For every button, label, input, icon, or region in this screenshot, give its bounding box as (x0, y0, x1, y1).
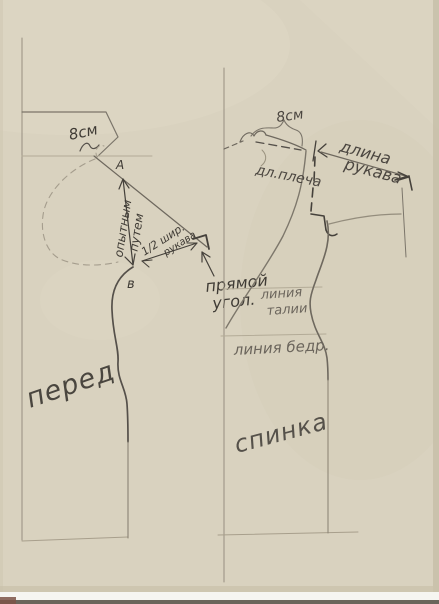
scan-edge-white-strip (0, 592, 439, 600)
front-point-b-label: в (127, 277, 135, 292)
paper-spot (40, 260, 160, 340)
scan-edge-shadow (0, 600, 439, 604)
pattern-sketch-canvas: 8см A в опытным путем 1/2 шир. рукава пр… (0, 0, 439, 604)
back-waist-label-line2: талии (266, 301, 308, 319)
front-point-a-label: A (115, 158, 124, 172)
back-waist-label-line1: линия (259, 285, 303, 303)
paper-right-edge (433, 0, 439, 604)
scan-edge-corner-mark (0, 597, 16, 604)
scanned-pattern-page: 8см A в опытным путем 1/2 шир. рукава пр… (0, 0, 439, 604)
paper-left-edge (0, 0, 3, 604)
paper-bottom-fold (0, 586, 439, 592)
